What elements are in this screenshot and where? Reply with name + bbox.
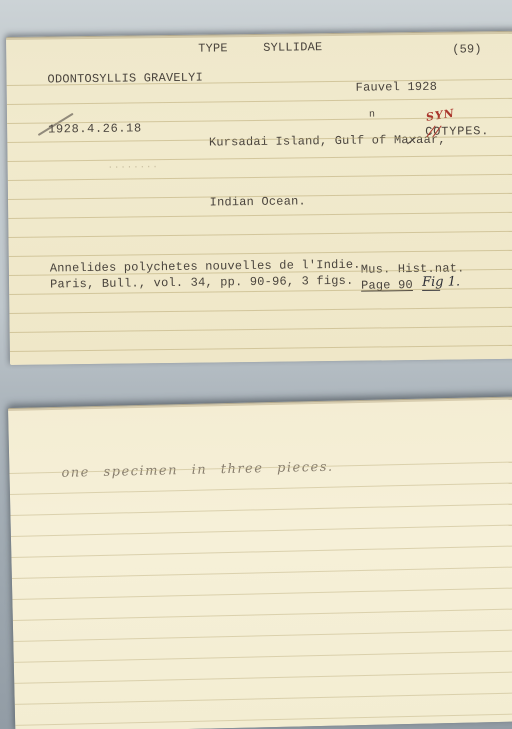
family-label: SYLLIDAE	[263, 40, 322, 55]
ruled-line	[9, 250, 512, 257]
species-author: Fauvel 1928	[356, 80, 438, 95]
ruled-line	[14, 650, 512, 663]
ruled-line	[8, 231, 512, 238]
ruled-line	[7, 98, 512, 105]
syn-red-annotation: SYN	[425, 107, 455, 124]
ruled-line	[13, 629, 512, 642]
ruled-line	[14, 671, 512, 684]
ruled-line	[11, 545, 512, 558]
ruled-line	[10, 345, 512, 352]
ruled-line	[12, 566, 512, 579]
ruled-line	[11, 524, 512, 537]
locality-text: Kursadai Island, Gulf of Maxaar, n India…	[179, 118, 447, 226]
catalog-card-front: TYPE SYLLIDAE (59) ODONTOSYLLIS GRAVELYI…	[6, 31, 512, 365]
ruled-line	[9, 307, 512, 314]
ruled-line	[13, 608, 512, 621]
faint-erased-marks: ........	[108, 160, 159, 171]
reference-line2: Paris, Bull., vol. 34, pp. 90-96, 3 figs…	[50, 274, 354, 292]
ruled-line	[10, 326, 512, 333]
ruled-line	[15, 692, 512, 705]
ruled-line	[10, 482, 512, 495]
type-label: TYPE	[198, 41, 228, 55]
catalog-card-back: one specimen in three pieces.	[8, 396, 512, 729]
inserted-correction-letter: n	[369, 107, 375, 122]
ruled-line	[10, 503, 512, 516]
registration-number: 1928.4.26.18	[48, 121, 142, 136]
ruled-line	[15, 713, 512, 726]
ruled-line	[12, 587, 512, 600]
locality-line1-pre: Kursadai Island, Gulf of Ma	[209, 133, 409, 149]
card-number: (59)	[452, 42, 482, 56]
struck-typo-letter: x	[409, 133, 417, 148]
